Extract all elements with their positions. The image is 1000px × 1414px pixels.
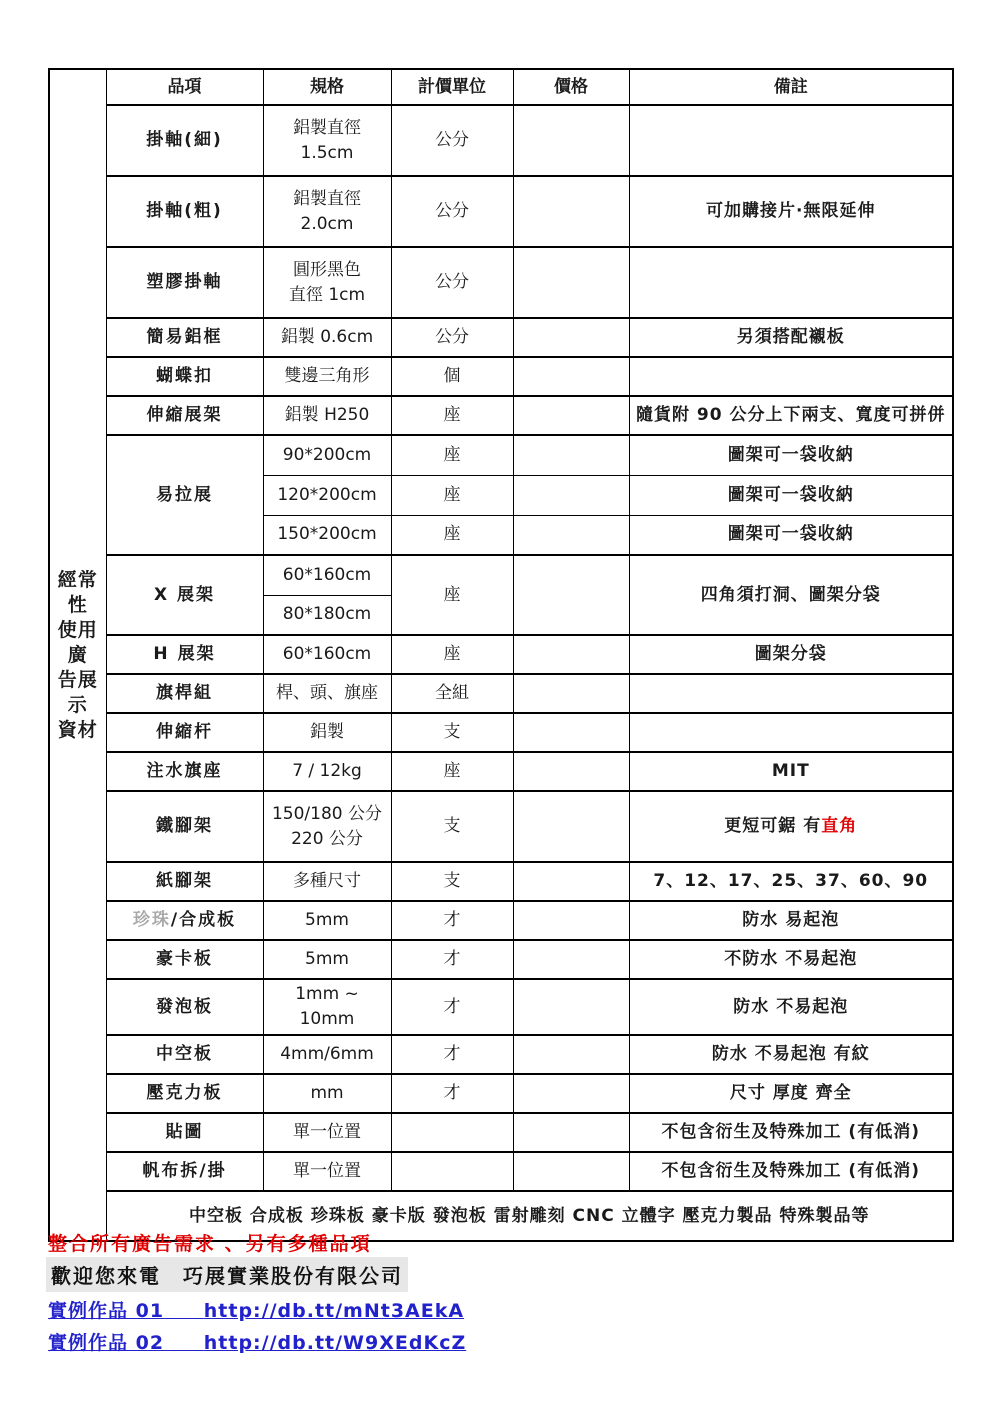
unit-cell: 才 xyxy=(391,940,513,979)
note-cell: 另須搭配襯板 xyxy=(629,318,953,357)
example-link-2-url: http://db.tt/W9XEdKcZ xyxy=(204,1332,466,1354)
footer-red-note: 整合所有廣告需求 、另有多種品項 xyxy=(48,1229,372,1256)
unit-cell: 支 xyxy=(391,862,513,901)
unit-cell: 公分 xyxy=(391,105,513,176)
example-link-2[interactable]: 實例作品 02 http://db.tt/W9XEdKcZ xyxy=(48,1328,466,1355)
table-row: 旗桿組桿、頭、旗座全組 xyxy=(49,674,953,713)
note-cell: 不防水 不易起泡 xyxy=(629,940,953,979)
table-row: 鐵腳架150/180 公分220 公分支更短可鋸 有直角 xyxy=(49,791,953,862)
price-cell xyxy=(513,1113,629,1152)
unit-cell: 座 xyxy=(391,752,513,791)
price-cell xyxy=(513,901,629,940)
table-row: 帆布拆/掛單一位置不包含衍生及特殊加工 (有低消) xyxy=(49,1152,953,1191)
example-link-1-url: http://db.tt/mNt3AEkA xyxy=(204,1300,464,1322)
unit-cell: 才 xyxy=(391,1074,513,1113)
unit-cell: 公分 xyxy=(391,318,513,357)
unit-cell: 座 xyxy=(391,475,513,515)
spec-cell: 150/180 公分220 公分 xyxy=(263,791,391,862)
spec-cell: 鋁製 xyxy=(263,713,391,752)
price-cell xyxy=(513,1152,629,1191)
item-cell: 伸縮杆 xyxy=(106,713,263,752)
price-cell xyxy=(513,1035,629,1074)
table-row: 發泡板1mm ~ 10mm才防水 不易起泡 xyxy=(49,979,953,1035)
spec-cell: 150*200cm xyxy=(263,515,391,555)
spec-cell: 7 / 12kg xyxy=(263,752,391,791)
note-cell: 四角須打洞、圖架分袋 xyxy=(629,555,953,635)
note-cell: 圖架分袋 xyxy=(629,635,953,674)
note-cell xyxy=(629,674,953,713)
price-cell xyxy=(513,176,629,247)
note-cell: 圖架可一袋收納 xyxy=(629,435,953,475)
price-cell xyxy=(513,979,629,1035)
price-cell xyxy=(513,713,629,752)
item-cell: H 展架 xyxy=(106,635,263,674)
price-cell xyxy=(513,475,629,515)
unit-cell xyxy=(391,1152,513,1191)
price-cell xyxy=(513,247,629,318)
note-cell: 圖架可一袋收納 xyxy=(629,475,953,515)
header-row: 經常性使用廣告展示資材品項規格計價單位價格備註 xyxy=(49,69,953,105)
price-cell xyxy=(513,1074,629,1113)
note-cell: 不包含衍生及特殊加工 (有低消) xyxy=(629,1113,953,1152)
note-cell: 7、12、17、25、37、60、90 xyxy=(629,862,953,901)
spec-cell: 鋁製 0.6cm xyxy=(263,318,391,357)
spec-cell: 5mm xyxy=(263,940,391,979)
unit-cell: 座 xyxy=(391,515,513,555)
example-link-1[interactable]: 實例作品 01 http://db.tt/mNt3AEkA xyxy=(48,1296,464,1323)
header-cell-unit: 計價單位 xyxy=(391,69,513,105)
price-cell xyxy=(513,435,629,475)
item-cell: 簡易鋁框 xyxy=(106,318,263,357)
table-row: H 展架60*160cm座圖架分袋 xyxy=(49,635,953,674)
table-row: 中空板4mm/6mm才防水 不易起泡 有紋 xyxy=(49,1035,953,1074)
table-row: 豪卡板5mm才不防水 不易起泡 xyxy=(49,940,953,979)
table-row: 壓克力板mm才尺寸 厚度 齊全 xyxy=(49,1074,953,1113)
price-cell xyxy=(513,318,629,357)
note-cell: 防水 不易起泡 有紋 xyxy=(629,1035,953,1074)
table-row: 塑膠掛軸圓形黑色直徑 1cm公分 xyxy=(49,247,953,318)
spec-cell: 90*200cm xyxy=(263,435,391,475)
unit-cell: 個 xyxy=(391,357,513,396)
item-cell: 掛軸(細) xyxy=(106,105,263,176)
spec-cell: 80*180cm xyxy=(263,595,391,635)
note-cell: MIT xyxy=(629,752,953,791)
item-cell: X 展架 xyxy=(106,555,263,635)
table-row: X 展架60*160cm座四角須打洞、圖架分袋 xyxy=(49,555,953,595)
note-cell: 更短可鋸 有直角 xyxy=(629,791,953,862)
example-link-2-label: 實例作品 02 xyxy=(48,1332,164,1354)
price-cell xyxy=(513,862,629,901)
price-cell xyxy=(513,396,629,435)
spec-cell: 單一位置 xyxy=(263,1113,391,1152)
item-cell: 塑膠掛軸 xyxy=(106,247,263,318)
item-cell: 豪卡板 xyxy=(106,940,263,979)
item-cell: 紙腳架 xyxy=(106,862,263,901)
link-gap xyxy=(164,1300,204,1322)
page: 經常性使用廣告展示資材品項規格計價單位價格備註掛軸(細)鋁製直徑1.5cm公分掛… xyxy=(0,0,1000,1414)
price-table: 經常性使用廣告展示資材品項規格計價單位價格備註掛軸(細)鋁製直徑1.5cm公分掛… xyxy=(48,68,954,1242)
unit-cell: 座 xyxy=(391,435,513,475)
item-cell: 中空板 xyxy=(106,1035,263,1074)
table-row: 掛軸(粗)鋁製直徑2.0cm公分可加購接片·無限延伸 xyxy=(49,176,953,247)
table-row: 注水旗座7 / 12kg座MIT xyxy=(49,752,953,791)
price-cell xyxy=(513,940,629,979)
header-cell-price: 價格 xyxy=(513,69,629,105)
unit-cell: 全組 xyxy=(391,674,513,713)
unit-cell: 座 xyxy=(391,396,513,435)
spec-cell: 120*200cm xyxy=(263,475,391,515)
item-cell: 發泡板 xyxy=(106,979,263,1035)
price-cell xyxy=(513,674,629,713)
spec-cell: 鋁製直徑2.0cm xyxy=(263,176,391,247)
unit-cell: 公分 xyxy=(391,247,513,318)
item-cell: 掛軸(粗) xyxy=(106,176,263,247)
note-cell xyxy=(629,105,953,176)
price-cell xyxy=(513,515,629,555)
item-cell: 注水旗座 xyxy=(106,752,263,791)
note-cell: 尺寸 厚度 齊全 xyxy=(629,1074,953,1113)
unit-cell: 公分 xyxy=(391,176,513,247)
unit-cell: 座 xyxy=(391,555,513,635)
table-row: 珍珠/合成板5mm才防水 易起泡 xyxy=(49,901,953,940)
note-cell: 可加購接片·無限延伸 xyxy=(629,176,953,247)
spec-cell: 圓形黑色直徑 1cm xyxy=(263,247,391,318)
spec-cell: 60*160cm xyxy=(263,635,391,674)
note-cell xyxy=(629,713,953,752)
price-cell xyxy=(513,357,629,396)
item-cell: 帆布拆/掛 xyxy=(106,1152,263,1191)
table-row: 紙腳架多種尺寸支7、12、17、25、37、60、90 xyxy=(49,862,953,901)
unit-cell: 支 xyxy=(391,791,513,862)
header-cell-spec: 規格 xyxy=(263,69,391,105)
price-cell xyxy=(513,791,629,862)
unit-cell xyxy=(391,1113,513,1152)
unit-cell: 才 xyxy=(391,979,513,1035)
spec-cell: 雙邊三角形 xyxy=(263,357,391,396)
note-cell: 圖架可一袋收納 xyxy=(629,515,953,555)
note-cell xyxy=(629,247,953,318)
table-row: 伸縮展架鋁製 H250座隨貨附 90 公分上下兩支、寬度可拼併 xyxy=(49,396,953,435)
note-cell: 隨貨附 90 公分上下兩支、寬度可拼併 xyxy=(629,396,953,435)
example-link-1-label: 實例作品 01 xyxy=(48,1300,164,1322)
item-cell: 貼圖 xyxy=(106,1113,263,1152)
table-row: 易拉展90*200cm座圖架可一袋收納 xyxy=(49,435,953,475)
header-cell-item: 品項 xyxy=(106,69,263,105)
spec-cell: 5mm xyxy=(263,901,391,940)
note-cell: 防水 易起泡 xyxy=(629,901,953,940)
header-cell-note: 備註 xyxy=(629,69,953,105)
table-row: 貼圖單一位置不包含衍生及特殊加工 (有低消) xyxy=(49,1113,953,1152)
item-cell: 壓克力板 xyxy=(106,1074,263,1113)
spec-cell: 60*160cm xyxy=(263,555,391,595)
item-cell: 珍珠/合成板 xyxy=(106,901,263,940)
price-cell xyxy=(513,635,629,674)
table-row: 簡易鋁框鋁製 0.6cm公分另須搭配襯板 xyxy=(49,318,953,357)
price-cell xyxy=(513,555,629,635)
unit-cell: 才 xyxy=(391,1035,513,1074)
link-gap xyxy=(164,1332,204,1354)
item-cell: 易拉展 xyxy=(106,435,263,555)
table-row: 伸縮杆鋁製支 xyxy=(49,713,953,752)
price-cell xyxy=(513,105,629,176)
unit-cell: 才 xyxy=(391,901,513,940)
footer-company-highlight: 歡迎您來電 巧展實業股份有限公司 xyxy=(46,1257,408,1292)
table-row: 蝴蝶扣雙邊三角形個 xyxy=(49,357,953,396)
spec-cell: 單一位置 xyxy=(263,1152,391,1191)
item-cell: 蝴蝶扣 xyxy=(106,357,263,396)
item-cell: 旗桿組 xyxy=(106,674,263,713)
spec-cell: 4mm/6mm xyxy=(263,1035,391,1074)
spec-cell: mm xyxy=(263,1074,391,1113)
item-cell: 伸縮展架 xyxy=(106,396,263,435)
note-cell: 防水 不易起泡 xyxy=(629,979,953,1035)
note-cell xyxy=(629,357,953,396)
table-row: 掛軸(細)鋁製直徑1.5cm公分 xyxy=(49,105,953,176)
price-cell xyxy=(513,752,629,791)
unit-cell: 座 xyxy=(391,635,513,674)
spec-cell: 桿、頭、旗座 xyxy=(263,674,391,713)
spec-cell: 鋁製 H250 xyxy=(263,396,391,435)
unit-cell: 支 xyxy=(391,713,513,752)
spec-cell: 鋁製直徑1.5cm xyxy=(263,105,391,176)
spec-cell: 多種尺寸 xyxy=(263,862,391,901)
note-cell: 不包含衍生及特殊加工 (有低消) xyxy=(629,1152,953,1191)
side-label: 經常性使用廣告展示資材 xyxy=(49,69,106,1241)
item-cell: 鐵腳架 xyxy=(106,791,263,862)
spec-cell: 1mm ~ 10mm xyxy=(263,979,391,1035)
